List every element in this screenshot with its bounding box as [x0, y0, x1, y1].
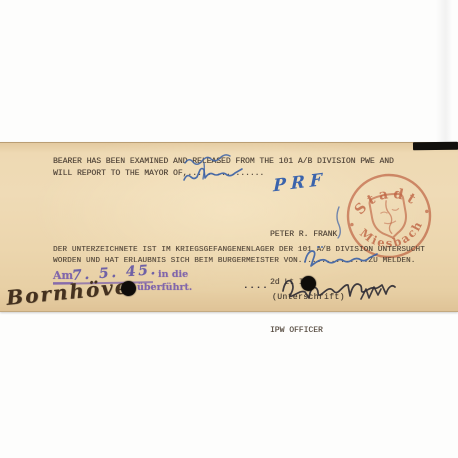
punch-hole-left — [121, 281, 136, 296]
officer-title: IPW OFFICER — [270, 325, 337, 337]
stamp-in-die-label: in die — [158, 269, 188, 280]
scanned-photo: Stadt Miesbach BEARER HAS BEEN EXAMINED … — [0, 0, 458, 458]
officer-name: PETER R. FRANK — [270, 229, 337, 241]
handwritten-place-name: Bornhöve — [5, 274, 130, 310]
scan-streak — [436, 0, 452, 142]
edge-black-mark — [413, 142, 458, 151]
stamp-star-right — [425, 209, 429, 213]
stamp-star-left — [350, 223, 354, 227]
punch-hole-right — [301, 276, 316, 291]
signature-caption: (Unterschrift) — [272, 293, 345, 302]
blue-ink-scribble-mayor — [181, 151, 241, 187]
blue-ink-scribble-buergermeister — [301, 244, 375, 270]
document-paper: Stadt Miesbach BEARER HAS BEEN EXAMINED … — [0, 142, 458, 312]
blue-ink-mark — [333, 205, 345, 241]
stamp-shield-figure — [384, 200, 394, 234]
stamp-ueberfuehrt-label: überführt. — [137, 282, 192, 293]
